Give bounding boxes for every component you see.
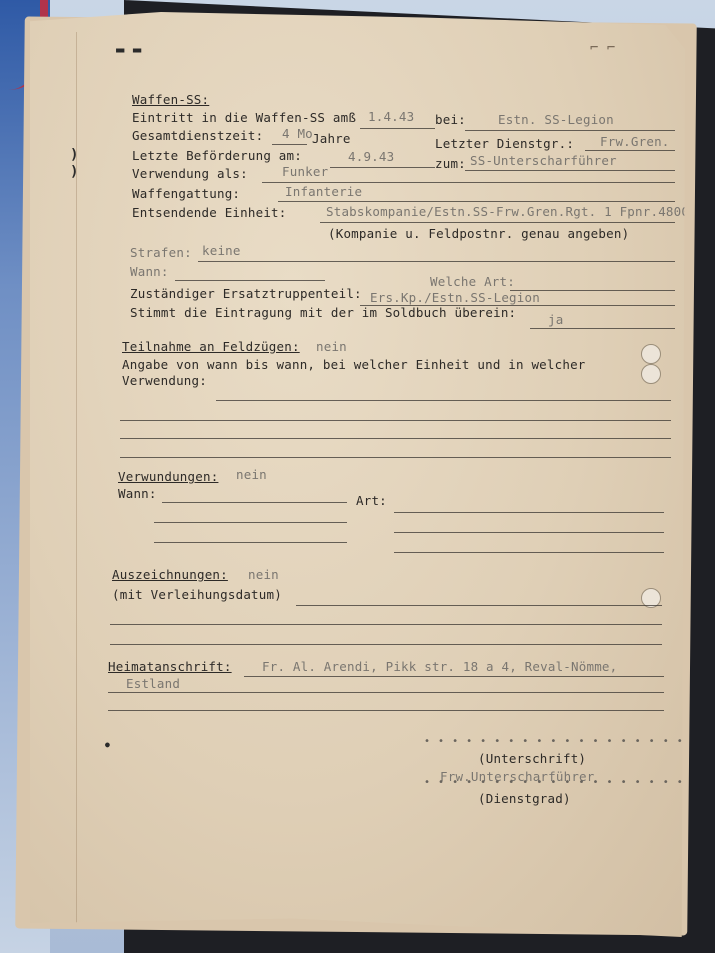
auszeichnungen-line-1: [296, 605, 662, 606]
gesamtdienstzeit-label: Gesamtdienstzeit:: [132, 128, 263, 143]
eintritt-date-line: [360, 128, 435, 129]
feldzuege-instruction-1: Angabe von wann bis wann, bei welcher Ei…: [122, 357, 586, 372]
jahre-label: Jahre: [312, 131, 351, 146]
heimat-line-1: [244, 676, 664, 677]
letzte-befoerderung-date: 4.9.43: [348, 149, 394, 164]
verwundungen-wann-line-2: [154, 522, 347, 523]
auszeichnungen-line-3: [110, 644, 662, 645]
feldzuege-line-4: [120, 457, 671, 458]
letzte-befoerderung-label: Letzte Beförderung am:: [132, 148, 302, 163]
ersatz-label: Zuständiger Ersatztruppenteil:: [130, 286, 362, 301]
heimat-address-line-1: Fr. Al. Arendi, Pikk str. 18 a 4, Reval-…: [262, 659, 617, 674]
waffengattung-line: [278, 201, 675, 202]
feldzuege-line-2: [120, 420, 671, 421]
dienstgrad-label: (Dienstgrad): [478, 791, 571, 806]
letzter-dienstgrad-line: [585, 150, 675, 151]
welche-art-label: Welche Art:: [430, 274, 515, 289]
staple-left-2-icon: ): [70, 164, 78, 180]
zum-value: SS-Unterscharführer: [470, 153, 617, 168]
heading-heimatanschrift: Heimatanschrift:: [108, 659, 232, 674]
signature-dotted-line: • • • • • • • • • • • • • • • • • • • • …: [424, 736, 712, 747]
auszeichnungen-value: nein: [248, 567, 279, 582]
bei-value: Estn. SS-Legion: [498, 112, 614, 127]
heimat-address-line-2: Estland: [126, 676, 180, 691]
verwundungen-art-line-3: [394, 552, 664, 553]
entsendende-line: [320, 222, 675, 223]
letzter-dienstgrad-value: Frw.Gren.: [600, 134, 670, 149]
verwendung-value: Funker: [282, 164, 328, 179]
auszeichnungen-sub-label: (mit Verleihungsdatum): [112, 587, 282, 602]
verwundungen-art-line-1: [394, 512, 664, 513]
zum-label: zum:: [435, 156, 466, 171]
verwendung-line: [262, 182, 675, 183]
zum-line: [465, 170, 675, 171]
verwundungen-wann-line-1: [162, 502, 347, 503]
verwundungen-wann-line-3: [154, 542, 347, 543]
feldzuege-instruction-2: Verwendung:: [122, 373, 207, 388]
strafen-line: [198, 261, 675, 262]
eintritt-label: Eintritt in die Waffen-SS amß: [132, 110, 356, 125]
verwundungen-art-label: Art:: [356, 493, 387, 508]
gesamtdienstzeit-line: [272, 144, 307, 145]
heading-waffen-ss: Waffen-SS:: [132, 92, 209, 107]
dienstgrad-dotted-line: • • • • • • • • • • • • • • • • • • • • …: [424, 777, 715, 788]
entsendende-label: Entsendende Einheit:: [132, 205, 287, 220]
verwundungen-art-line-2: [394, 532, 664, 533]
feldzuege-line-3: [120, 438, 671, 439]
staple-mark-top-right-icon: ⌐ ⌐: [590, 40, 615, 56]
soldbuch-value: ja: [548, 312, 563, 327]
staple-left-1-icon: ): [70, 147, 78, 163]
strafen-value: keine: [202, 243, 241, 258]
wann-label: Wann:: [130, 264, 169, 279]
ersatz-value: Ers.Kp./Estn.SS-Legion: [370, 290, 540, 305]
auszeichnungen-line-2: [110, 624, 662, 625]
punch-hole-2-icon: [641, 364, 661, 384]
bei-line: [465, 130, 675, 131]
staple-top-left-icon: ▬ ▬: [116, 42, 141, 58]
punch-hole-1-icon: [641, 344, 661, 364]
ink-dot-icon: ●: [105, 740, 110, 749]
feldzuege-line-1: [216, 400, 671, 401]
entsendende-hint: (Kompanie u. Feldpostnr. genau angeben): [328, 226, 629, 241]
document-page: ▬ ▬ ⌐ ⌐ ) ) Waffen-SS: Eintritt in die W…: [30, 12, 685, 937]
gesamtdienstzeit-value: 4 Mo: [282, 126, 313, 141]
verwendung-label: Verwendung als:: [132, 166, 248, 181]
entsendende-value: Stabskompanie/Estn.SS-Frw.Gren.Rgt. 1 Fp…: [326, 204, 697, 219]
strafen-label: Strafen:: [130, 245, 192, 260]
letzte-befoerderung-line: [330, 167, 435, 168]
unterschrift-label: (Unterschrift): [478, 751, 586, 766]
wann-line: [175, 280, 325, 281]
feldzuege-value: nein: [316, 339, 347, 354]
heading-feldzuege: Teilnahme an Feldzügen:: [122, 339, 300, 354]
heading-auszeichnungen: Auszeichnungen:: [112, 567, 228, 582]
letzter-dienstgrad-label: Letzter Dienstgr.:: [435, 136, 574, 151]
heimat-line-3: [108, 710, 664, 711]
soldbuch-label: Stimmt die Eintragung mit der im Soldbuc…: [130, 305, 516, 320]
heading-verwundungen: Verwundungen:: [118, 469, 218, 484]
verwundungen-value: nein: [236, 467, 267, 482]
verwundungen-wann-label: Wann:: [118, 486, 157, 501]
waffengattung-label: Waffengattung:: [132, 186, 240, 201]
waffengattung-value: Infanterie: [285, 184, 362, 199]
soldbuch-line: [530, 328, 675, 329]
bei-label: bei:: [435, 112, 466, 127]
heimat-line-2: [108, 692, 664, 693]
eintritt-date: 1.4.43: [368, 109, 414, 124]
